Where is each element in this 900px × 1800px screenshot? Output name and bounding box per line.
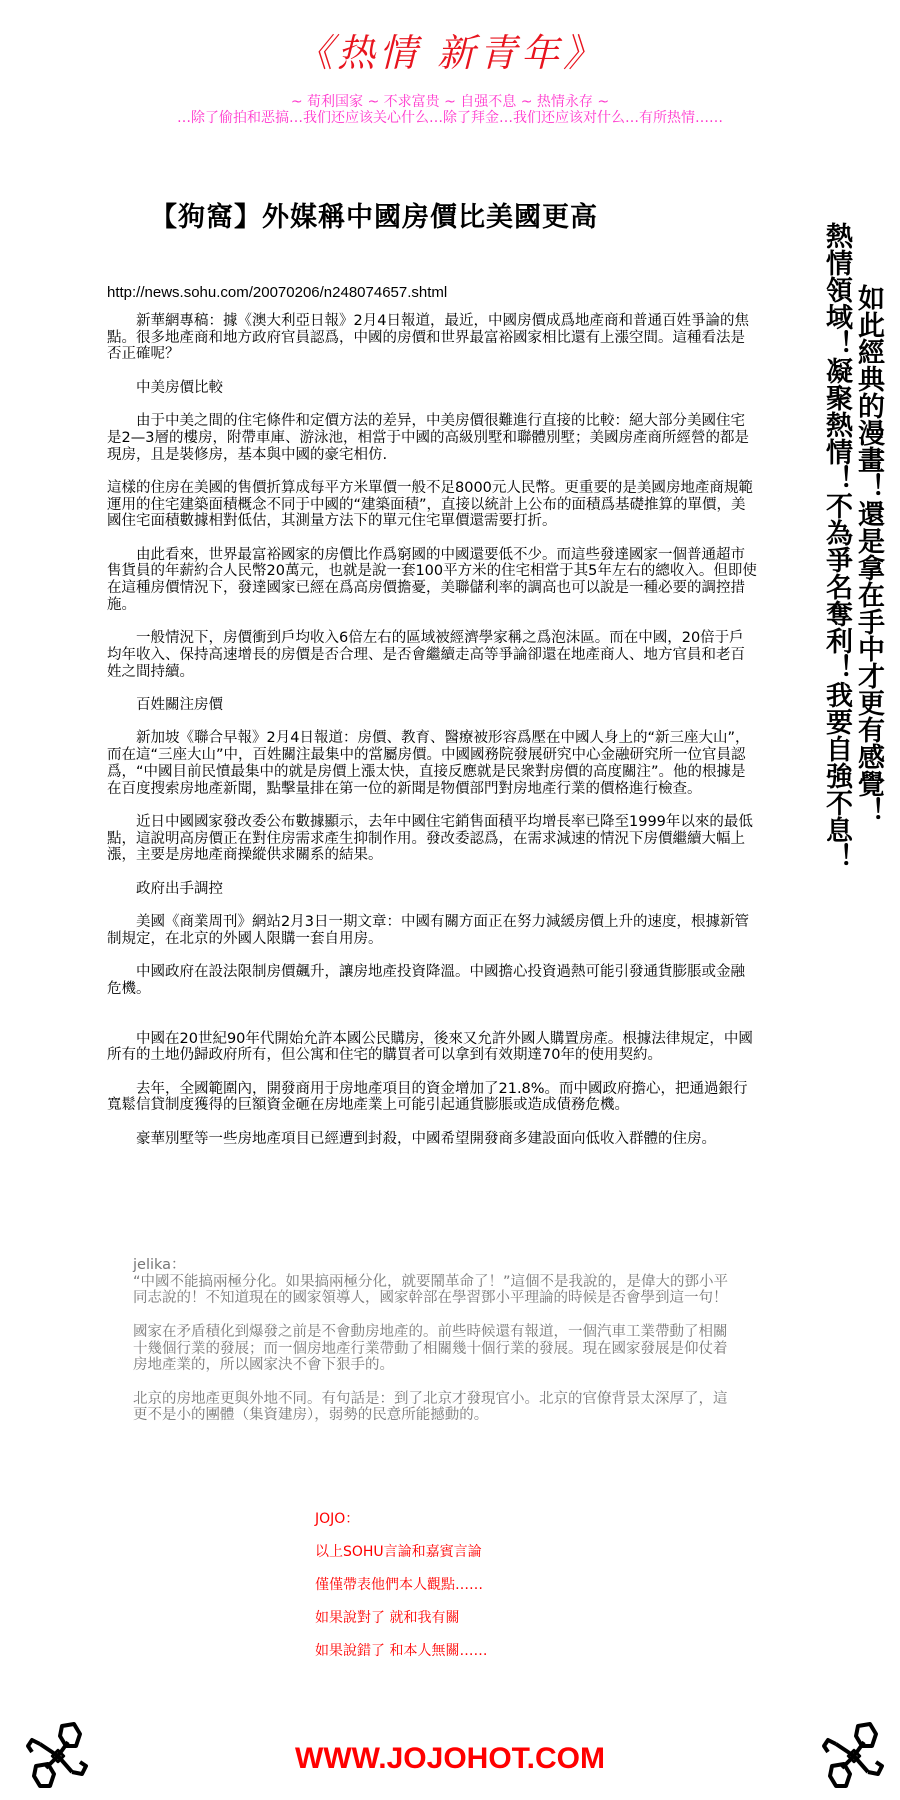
article-paragraph: 一般情況下，房價衝到戶均收入6倍左右的區域被經濟學家稱之爲泡沫區。而在中國，20… — [107, 630, 757, 680]
banner-title: 《热情 新青年》 — [0, 22, 900, 77]
article-paragraph: 近日中國國家發改委公布數據顯示，去年中國住宅銷售面積平均增長率已降至1999年以… — [107, 814, 757, 864]
disclaimer-line: 如果說錯了 和本人無關…… — [315, 1635, 487, 1668]
article-paragraph: 美國《商業周刊》網站2月3日一期文章：中國有關方面正在努力減緩房價上升的速度，根… — [107, 914, 757, 947]
jojo-disclaimer: JOJO： 以上SOHU言論和嘉賓言論 僅僅帶表他們本人觀點…… 如果說對了 就… — [315, 1503, 487, 1668]
reader-comment: jelika： “中國不能搞兩極分化。如果搞兩極分化，就要鬧革命了！”這個不是我… — [133, 1257, 738, 1441]
article-headline: 【狗窩】外媒稱中國房價比美國更高 — [150, 195, 598, 234]
side-banner-left-column: 熱情領域！凝聚熱情！不為爭名奪利！我要自強不息！ — [820, 222, 853, 870]
article-paragraph: 中國在20世紀90年代開始允許本國公民購房，後來又允許外國人購置房產。根據法律規… — [107, 1031, 757, 1064]
side-banner-right-column: 如此經典的漫畫！還是拿在手中才更有感覺！ — [852, 284, 885, 824]
section-heading: 百姓關注房價 — [107, 697, 757, 714]
slogan-line-2: …除了偷拍和恶搞…我们还应该关心什么…除了拜金…我们还应该对什么…有所热情…… — [0, 110, 900, 126]
article-paragraph: 去年，全國範圍內，開發商用于房地產項目的資金增加了21.8%。而中國政府擔心，把… — [107, 1081, 757, 1114]
disclaimer-line: 僅僅帶表他們本人觀點…… — [315, 1569, 487, 1602]
disclaimer-line: 以上SOHU言論和嘉賓言論 — [315, 1536, 487, 1569]
article-body: 新華網專稿：據《澳大利亞日報》2月4日報道，最近，中國房價成爲地產商和普通百姓爭… — [107, 313, 757, 1164]
section-heading: 中美房價比較 — [107, 380, 757, 397]
article-paragraph: 中國政府在設法限制房價飆升，讓房地產投資降溫。中國擔心投資過熱可能引發通貨膨脹或… — [107, 964, 757, 997]
comment-paragraph: “中國不能搞兩極分化。如果搞兩極分化，就要鬧革命了！”這個不是我說的，是偉大的鄧… — [133, 1274, 738, 1307]
disclaimer-line: JOJO： — [315, 1503, 487, 1536]
disclaimer-line: 如果說對了 就和我有關 — [315, 1602, 487, 1635]
footer-site-url[interactable]: WWW.JOJOHOT.COM — [0, 1742, 900, 1776]
article-paragraph: 豪華別墅等一些房地產項目已經遭到封殺，中國希望開發商多建設面向低收入群體的住房。 — [107, 1131, 757, 1148]
section-heading: 政府出手調控 — [107, 881, 757, 898]
slogan-line-1: ~ 荀利国家 ~ 不求富贵 ~ 自强不息 ~ 热情永存 ~ — [0, 94, 900, 110]
article-paragraph: 由于中美之間的住宅條件和定價方法的差异，中美房價很難進行直接的比較：絕大部分美國… — [107, 413, 757, 463]
article-paragraph: 新華網專稿：據《澳大利亞日報》2月4日報道，最近，中國房價成爲地產商和普通百姓爭… — [107, 313, 757, 363]
article-paragraph: 由此看來，世界最富裕國家的房價比作爲窮國的中國還要低不少。而這些發達國家一個普通… — [107, 547, 757, 614]
source-url[interactable]: http://news.sohu.com/20070206/n248074657… — [107, 284, 447, 301]
article-paragraph: 新加坡《聯合早報》2月4日報道：房價、教育、醫療被形容爲壓在中國人身上的“新三座… — [107, 730, 757, 797]
article-paragraph: 這樣的住房在美國的售價折算成每平方米單價一般不足8000元人民幣。更重要的是美國… — [107, 480, 757, 530]
comment-author: jelika： — [133, 1257, 738, 1274]
pinwheel-ornament-icon — [818, 1720, 890, 1792]
comment-paragraph: 北京的房地產更與外地不同。有句話是：到了北京才發現官小。北京的官僚背景太深厚了，… — [133, 1391, 738, 1424]
comment-paragraph: 國家在矛盾積化到爆發之前是不會動房地產的。前些時候還有報道，一個汽車工業帶動了相… — [133, 1324, 738, 1374]
